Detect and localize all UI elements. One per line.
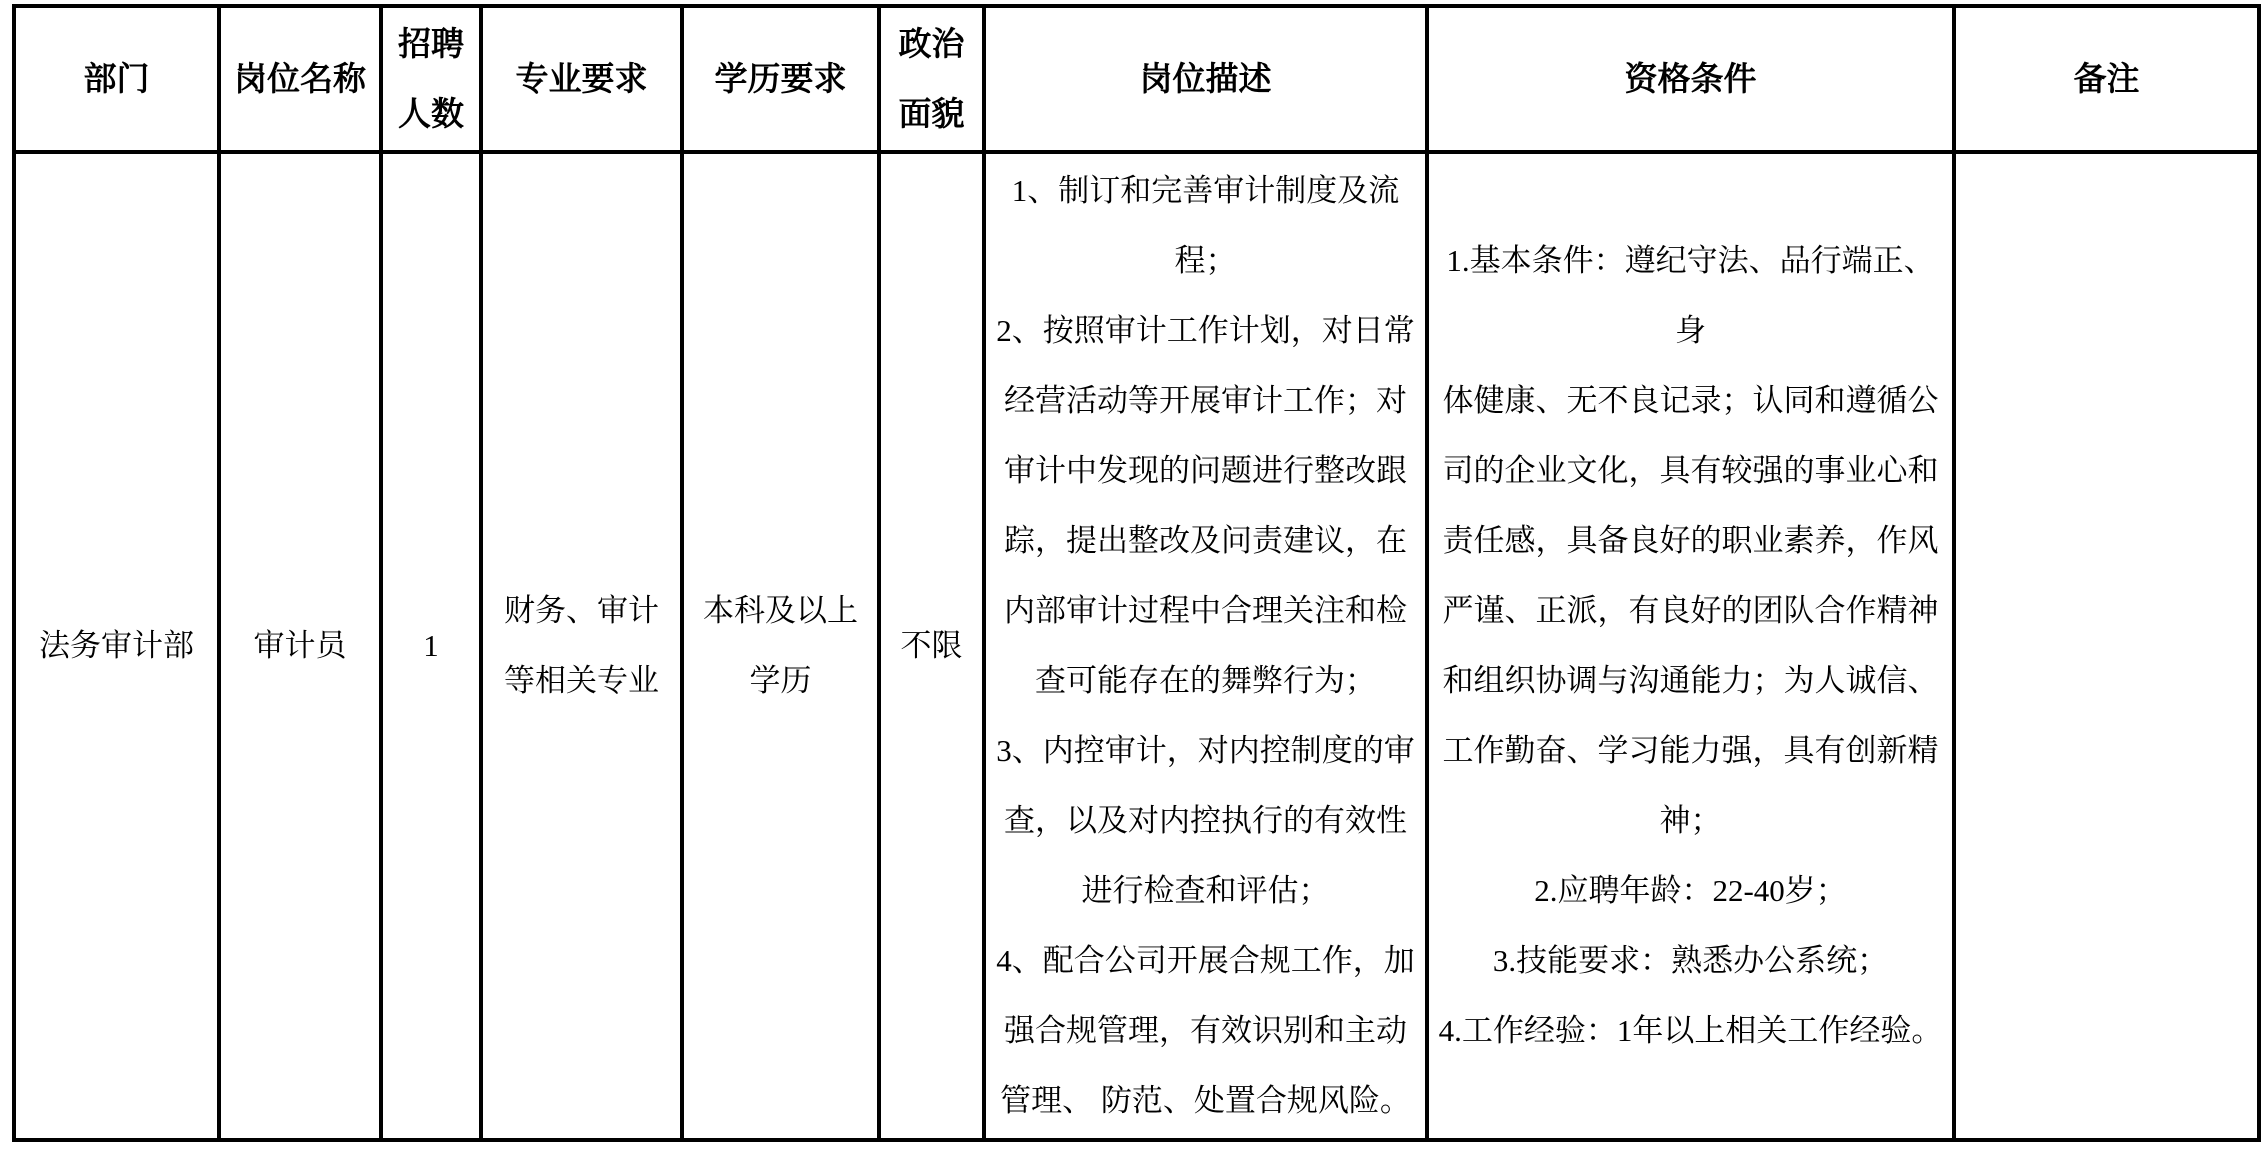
- col-header-remarks: 备注: [1954, 6, 2259, 152]
- recruitment-table: 部门 岗位名称 招聘人数 专业要求 学历要求 政治面貌 岗位描述 资格条件 备注…: [12, 4, 2261, 1142]
- cell-remarks: [1954, 152, 2259, 1140]
- col-header-job-description: 岗位描述: [984, 6, 1427, 152]
- recruitment-document-page: 部门 岗位名称 招聘人数 专业要求 学历要求 政治面貌 岗位描述 资格条件 备注…: [0, 0, 2261, 1151]
- cell-major-requirement: 财务、审计 等相关专业: [481, 152, 682, 1140]
- col-header-position-name: 岗位名称: [219, 6, 381, 152]
- cell-education-requirement: 本科及以上 学历: [682, 152, 879, 1140]
- col-header-headcount: 招聘人数: [381, 6, 481, 152]
- col-header-major-requirement: 专业要求: [481, 6, 682, 152]
- col-header-qualifications: 资格条件: [1427, 6, 1954, 152]
- cell-political-status: 不限: [879, 152, 984, 1140]
- cell-department: 法务审计部: [14, 152, 219, 1140]
- cell-qualifications: 1.基本条件：遵纪守法、品行端正、身 体健康、无不良记录；认同和遵循公 司的企业…: [1427, 152, 1954, 1140]
- col-header-education-requirement: 学历要求: [682, 6, 879, 152]
- table-row: 法务审计部 审计员 1 财务、审计 等相关专业 本科及以上 学历 不限 1、制订…: [14, 152, 2259, 1140]
- col-header-political-status: 政治面貌: [879, 6, 984, 152]
- cell-headcount: 1: [381, 152, 481, 1140]
- cell-job-description: 1、制订和完善审计制度及流 程； 2、按照审计工作计划，对日常 经营活动等开展审…: [984, 152, 1427, 1140]
- header-row: 部门 岗位名称 招聘人数 专业要求 学历要求 政治面貌 岗位描述 资格条件 备注: [14, 6, 2259, 152]
- cell-position-name: 审计员: [219, 152, 381, 1140]
- col-header-department: 部门: [14, 6, 219, 152]
